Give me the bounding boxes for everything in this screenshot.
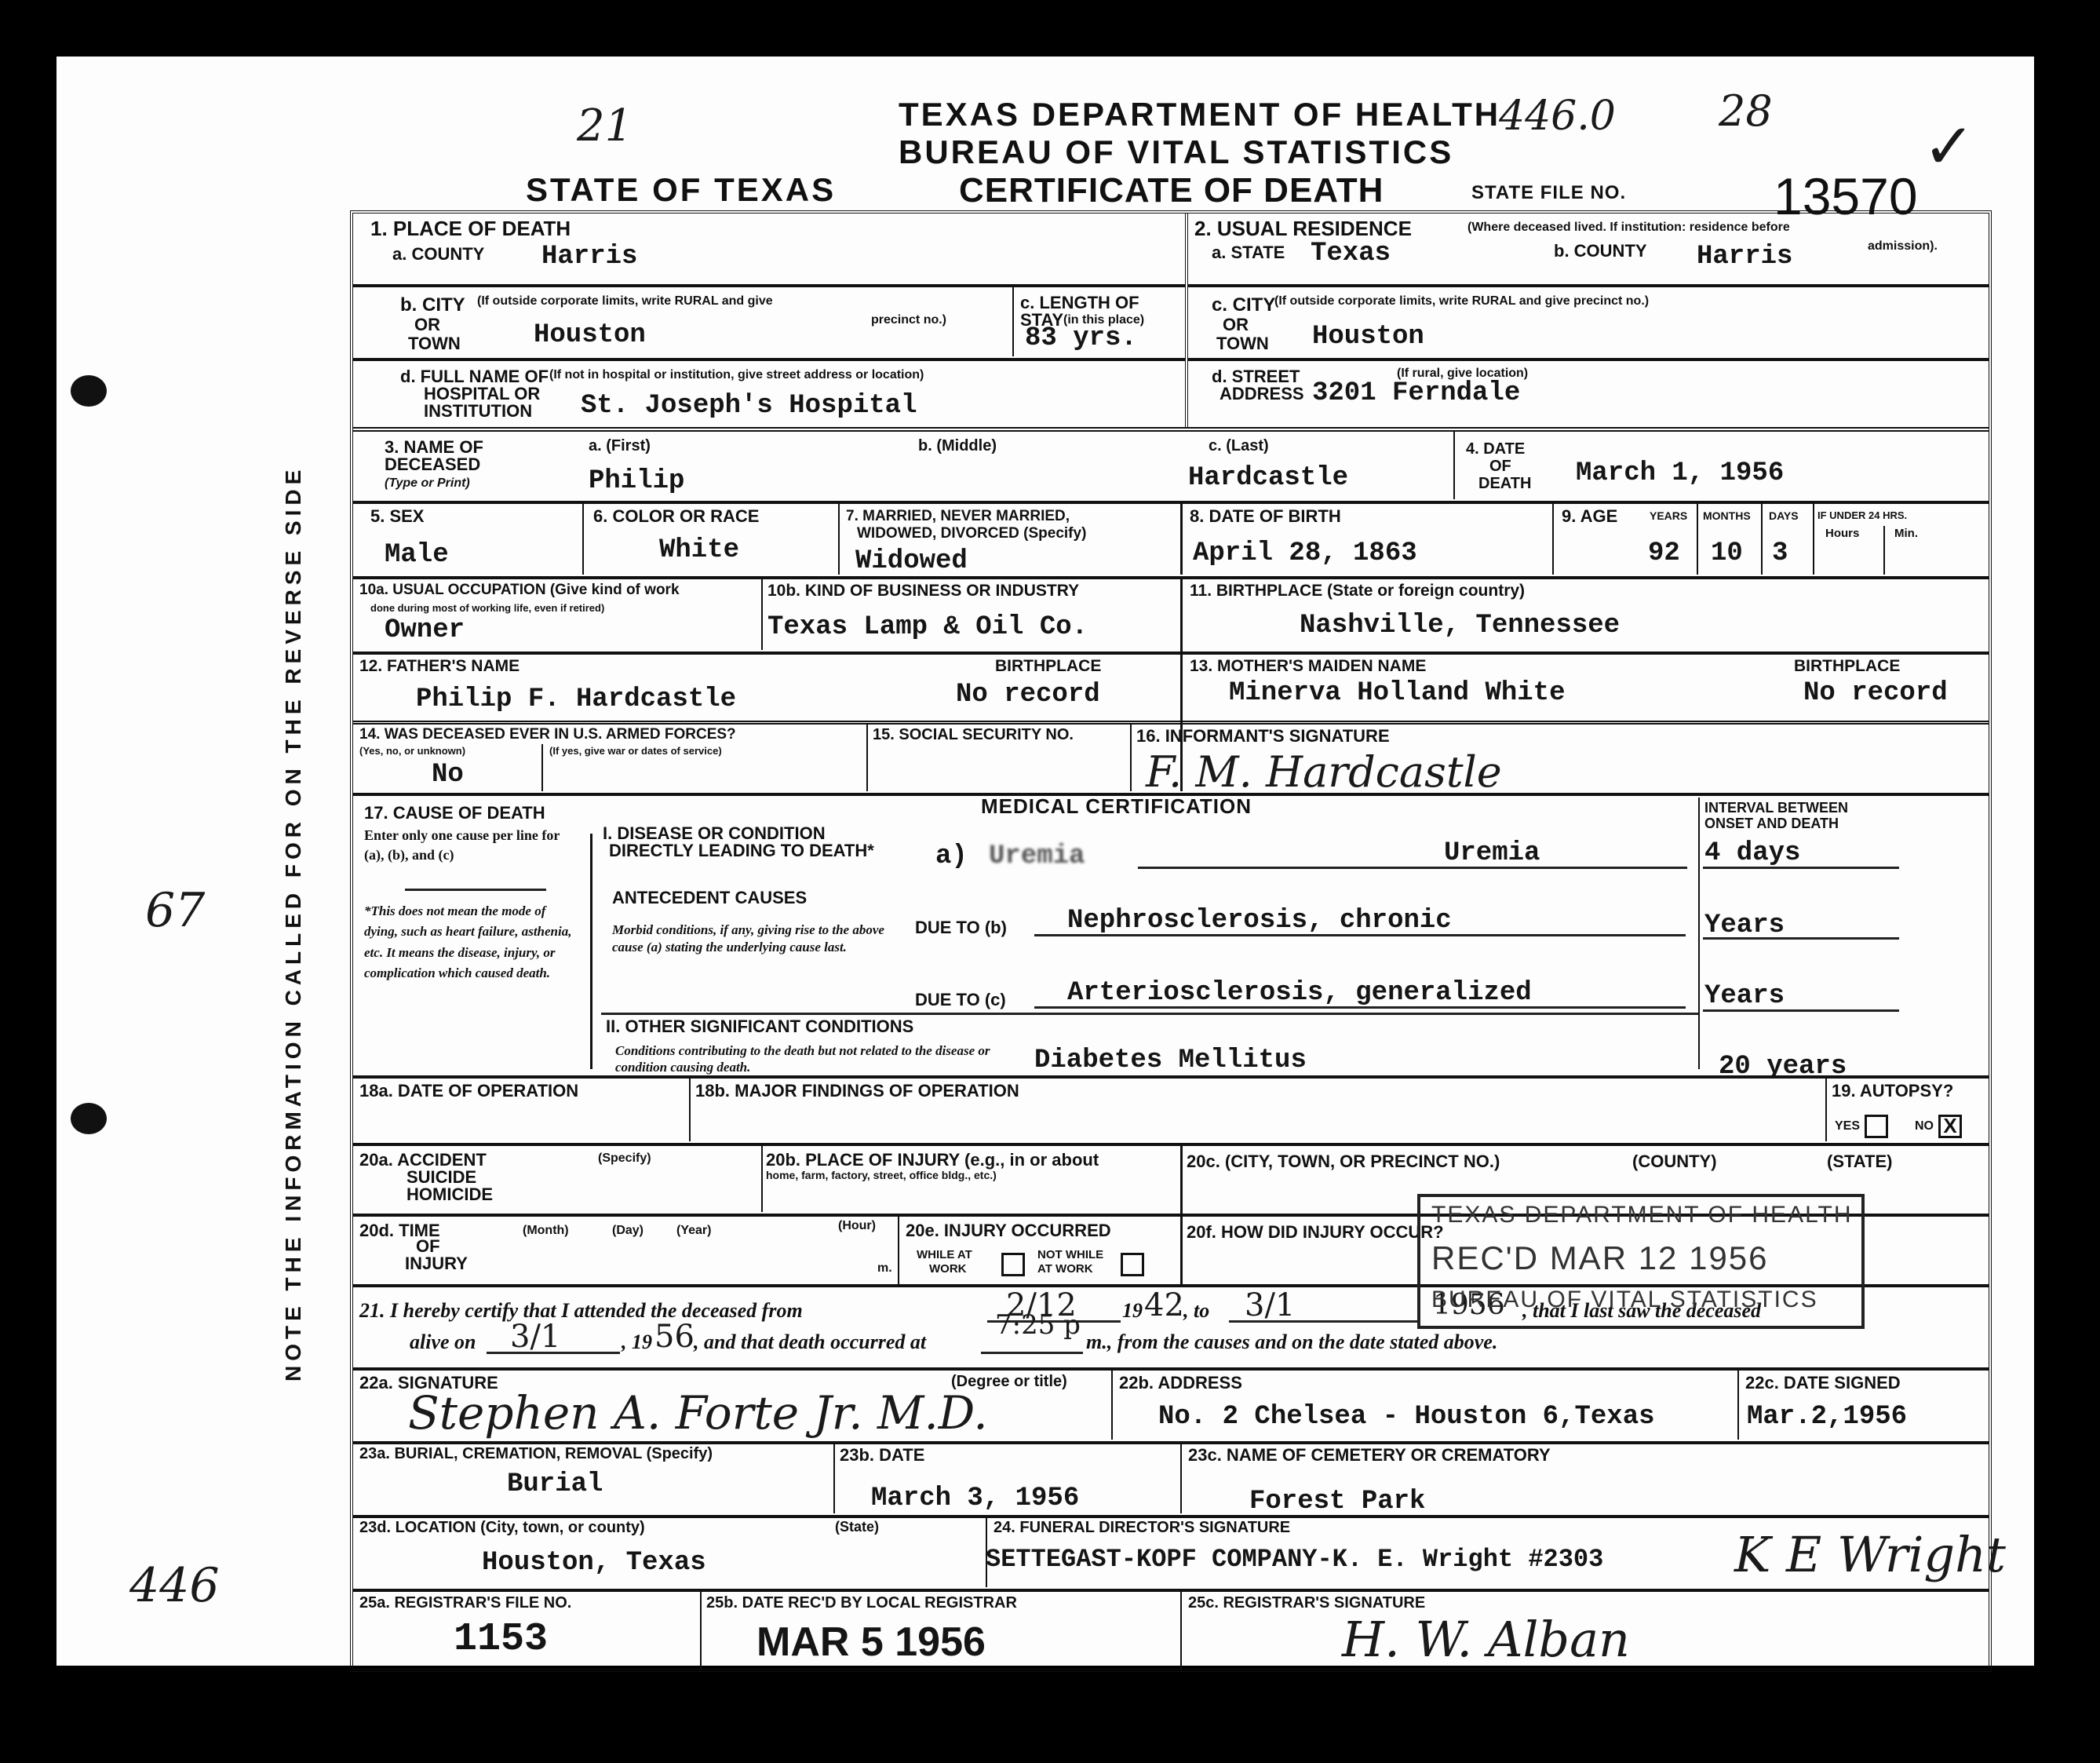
residence-state: Texas (1311, 239, 1391, 268)
date-signed-label: 22c. DATE SIGNED (1745, 1374, 1901, 1392)
injury-county-label: (COUNTY) (1632, 1152, 1717, 1170)
cause-a-struck: Uremia (989, 841, 1085, 871)
m-label: m. (877, 1262, 892, 1276)
cause-c: Arteriosclerosis, generalized (1067, 978, 1532, 1008)
armed-note-2: (If yes, give war or dates of service) (549, 746, 722, 757)
time-of-injury-label-3: INJURY (405, 1254, 468, 1272)
antecedent-label: ANTECEDENT CAUSES (612, 889, 807, 907)
county-label: a. COUNTY (392, 245, 484, 263)
last-name-label: c. (Last) (1209, 438, 1269, 454)
autopsy-no-label: NO (1915, 1119, 1934, 1133)
death-certificate-form: 1. PLACE OF DEATH a. COUNTY Harris b. CI… (350, 210, 1992, 1672)
informant-signature: F. M. Hardcastle (1146, 747, 1502, 797)
race-label: 6. COLOR OR RACE (593, 507, 759, 525)
race: White (659, 535, 739, 565)
injury-type-label-3: HOMICIDE (407, 1185, 493, 1203)
burial-date: March 3, 1956 (871, 1484, 1079, 1513)
state-heading: STATE OF TEXAS (526, 171, 836, 209)
cert-text-1: 21. I hereby certify that I attended the… (359, 1300, 803, 1321)
name-label-3: (Type or Print) (385, 477, 470, 491)
margin-note-446: 446 (129, 1558, 220, 1613)
business-label: 10b. KIND OF BUSINESS OR INDUSTRY (767, 582, 1079, 600)
autopsy-label: 19. AUTOPSY? (1832, 1082, 1953, 1100)
month-label: (Month) (523, 1225, 569, 1238)
injury-specify: (Specify) (598, 1152, 651, 1166)
city-town: TOWN (408, 334, 461, 352)
cause-label: 17. CAUSE OF DEATH (364, 804, 545, 822)
age-days-label: DAYS (1769, 510, 1799, 522)
cemetery: Forest Park (1249, 1487, 1425, 1517)
to-word: , to (1183, 1300, 1209, 1321)
attended-to: 3/1 (1245, 1287, 1295, 1323)
cause-a-prefix: a) (935, 841, 968, 871)
min-label: Min. (1894, 527, 1918, 540)
age-years: 92 (1648, 538, 1680, 568)
certificate-title: CERTIFICATE OF DEATH (959, 171, 1384, 210)
alive-on-date: 3/1 (510, 1319, 560, 1355)
hospital-note: (If not in hospital or institution, give… (549, 369, 924, 382)
margin-note-21: 21 (577, 100, 633, 151)
cause-a: Uremia (1444, 838, 1540, 868)
sex: Male (385, 540, 449, 570)
not-at-work-option[interactable]: NOT WHILEAT WORK (1037, 1248, 1103, 1276)
funeral-director-label: 24. FUNERAL DIRECTOR'S SIGNATURE (993, 1520, 1290, 1536)
address-label: 22b. ADDRESS (1119, 1374, 1242, 1392)
mother-name: Minerva Holland White (1229, 678, 1565, 708)
op-date-label: 18a. DATE OF OPERATION (359, 1082, 578, 1100)
burial-location: Houston, Texas (482, 1548, 706, 1578)
stamp-line-3: BUREAU OF VITAL STATISTICS (1431, 1287, 1818, 1313)
physician-address: No. 2 Chelsea - Houston 6,Texas (1158, 1402, 1655, 1432)
punch-hole (71, 375, 107, 407)
usual-residence-label: 2. USUAL RESIDENCE (1194, 218, 1412, 239)
hours-label: Hours (1825, 527, 1859, 540)
marital-status: Widowed (855, 546, 968, 576)
injury-location-label: 20c. (CITY, TOWN, OR PRECINCT NO.) (1187, 1152, 1500, 1170)
mother-label: 13. MOTHER'S MAIDEN NAME (1190, 658, 1426, 675)
injury-state-label: (STATE) (1827, 1152, 1893, 1170)
mother-birthplace-label: BIRTHPLACE (1794, 658, 1900, 675)
age-days: 3 (1772, 538, 1788, 568)
date-signed: Mar.2,1956 (1747, 1402, 1907, 1432)
time-of-death: 7:25 p (995, 1309, 1081, 1341)
part1-label: I. DISEASE OR CONDITION (603, 824, 826, 842)
bureau-name: BUREAU OF VITAL STATISTICS (899, 133, 1453, 171)
interval-b: Years (1704, 911, 1785, 940)
occupation: Owner (385, 615, 465, 645)
residence-county-label: b. COUNTY (1554, 242, 1647, 260)
not-at-work-checkbox[interactable] (1121, 1253, 1144, 1276)
street-label-2: ADDRESS (1220, 385, 1304, 403)
disposition-label: 23a. BURIAL, CREMATION, REMOVAL (Specify… (359, 1446, 713, 1462)
autopsy-yes-label: YES (1835, 1119, 1860, 1133)
hospital-label: d. FULL NAME OF (400, 367, 549, 385)
age-months-label: MONTHS (1703, 510, 1751, 522)
marital-label-2: WIDOWED, DIVORCED (Specify) (857, 526, 1086, 542)
due-to-b-label: DUE TO (b) (915, 918, 1007, 936)
alive-on-year: 56 (654, 1319, 695, 1355)
burial-date-label: 23b. DATE (840, 1446, 924, 1464)
due-to-c-label: DUE TO (c) (915, 991, 1006, 1009)
ssn-label: 15. SOCIAL SECURITY NO. (873, 727, 1074, 743)
last-name: Hardcastle (1188, 463, 1348, 493)
check-mark-icon: ✓ (1923, 110, 1975, 183)
place-of-injury-label: 20b. PLACE OF INJURY (e.g., in or about (766, 1151, 1099, 1169)
armed-forces-label: 14. WAS DECEASED EVER IN U.S. ARMED FORC… (359, 727, 736, 743)
residence-note: (Where deceased lived. If institution: r… (1467, 221, 1790, 235)
informant-label: 16. INFORMANT'S SIGNATURE (1136, 727, 1390, 745)
registrar-sig-label: 25c. REGISTRAR'S SIGNATURE (1188, 1595, 1425, 1612)
reverse-side-note: NOTE THE INFORMATION CALLED FOR ON THE R… (281, 465, 306, 1382)
attended-from-year: 42 (1144, 1287, 1184, 1323)
residence-city-note: (If outside corporate limits, write RURA… (1274, 295, 1649, 308)
mother-birthplace: No record (1803, 678, 1948, 708)
father-birthplace-label: BIRTHPLACE (995, 658, 1101, 675)
hospital-name: St. Joseph's Hospital (581, 391, 917, 421)
under-24-label: IF UNDER 24 HRS. (1817, 510, 1907, 521)
marital-label: 7. MARRIED, NEVER MARRIED, (846, 509, 1070, 524)
margin-note-code: 446.0 (1499, 93, 1616, 140)
year-label: (Year) (676, 1225, 711, 1238)
residence-note-2: admission). (1868, 240, 1938, 254)
residence-state-label: a. STATE (1212, 243, 1285, 261)
dob-label: 8. DATE OF BIRTH (1190, 507, 1341, 525)
local-registrar-date-label: 25b. DATE REC'D BY LOCAL REGISTRAR (706, 1595, 1017, 1612)
age-months: 10 (1711, 538, 1743, 568)
first-name-label: a. (First) (589, 438, 651, 454)
city-or: OR (414, 316, 440, 334)
punch-hole (71, 1103, 107, 1134)
date-of-death: March 1, 1956 (1576, 458, 1784, 488)
birthplace: Nashville, Tennessee (1300, 611, 1620, 641)
street-address: 3201 Ferndale (1312, 378, 1520, 408)
age-label: 9. AGE (1562, 507, 1617, 525)
residence-city-town: TOWN (1216, 334, 1269, 352)
funeral-director: SETTEGAST-KOPF COMPANY-K. E. Wright #230… (986, 1545, 1603, 1574)
city-note-2: precinct no.) (871, 314, 946, 327)
armed-forces: No (432, 760, 464, 790)
registrar-file-no: 1153 (454, 1617, 548, 1662)
margin-note-28: 28 (1719, 86, 1773, 136)
physician-signature: Stephen A. Forte Jr. M.D. (408, 1386, 988, 1440)
while-at-work-option[interactable]: WHILE ATWORK (917, 1248, 972, 1276)
registrar-signature: H. W. Alban (1342, 1611, 1630, 1668)
not-at-work-label: NOT WHILE (1037, 1248, 1103, 1262)
father-birthplace: No record (956, 680, 1100, 710)
father-name: Philip F. Hardcastle (416, 684, 736, 714)
dod-label: 4. DATE (1466, 441, 1525, 458)
autopsy-yes-checkbox[interactable] (1865, 1115, 1888, 1138)
sex-label: 5. SEX (370, 507, 424, 525)
cause-footnote: *This does not mean the mode of dying, s… (364, 901, 574, 984)
stamp-line-1: TEXAS DEPARTMENT OF HEALTH (1431, 1202, 1853, 1228)
location-state-label: (State) (835, 1520, 879, 1535)
medical-heading: MEDICAL CERTIFICATION (981, 796, 1252, 817)
interval-c: Years (1704, 981, 1785, 1011)
cause-b: Nephrosclerosis, chronic (1067, 906, 1452, 936)
cemetery-label: 23c. NAME OF CEMETERY OR CREMATORY (1188, 1446, 1551, 1464)
interval-label-2: ONSET AND DEATH (1704, 816, 1839, 831)
occupation-label-2: done during most of working life, even i… (370, 603, 604, 614)
age-years-label: YEARS (1650, 510, 1687, 522)
other-conditions: Diabetes Mellitus (1034, 1046, 1307, 1075)
margin-note-67: 67 (145, 883, 205, 938)
day-label: (Day) (612, 1225, 643, 1238)
location-label: 23d. LOCATION (City, town, or county) (359, 1520, 645, 1536)
time-of-injury-label-2: OF (416, 1237, 440, 1255)
first-name: Philip (589, 466, 684, 496)
city-label: b. CITY (400, 295, 465, 315)
autopsy-no-checkbox[interactable]: X (1938, 1115, 1962, 1138)
funeral-director-signature: K E Wright (1734, 1526, 2006, 1583)
injury-occurred-label: 20e. INJURY OCCURRED (906, 1221, 1111, 1239)
part2-label: II. OTHER SIGNIFICANT CONDITIONS (606, 1017, 913, 1035)
dod-label-3: DEATH (1478, 476, 1531, 492)
while-at-work-label: WHILE AT (917, 1248, 972, 1262)
name-label-2: DECEASED (385, 455, 480, 473)
hospital-label-3: INSTITUTION (424, 402, 532, 420)
cert-text-3: , and that death occurred at (694, 1331, 926, 1352)
part2-note: Conditions contributing to the death but… (615, 1042, 1023, 1076)
place-of-death-label: 1. PLACE OF DEATH (370, 218, 571, 239)
armed-note-1: (Yes, no, or unknown) (359, 746, 465, 757)
dod-label-2: OF (1489, 458, 1511, 475)
from-year-prefix: 19 (1122, 1300, 1143, 1321)
cert-text-4: m., from the causes and on the date stat… (1086, 1331, 1497, 1352)
place-of-injury-note: home, farm, factory, street, office bldg… (766, 1170, 997, 1181)
residence-city-or: OR (1223, 316, 1249, 334)
op-findings-label: 18b. MAJOR FINDINGS OF OPERATION (695, 1082, 1019, 1100)
injury-type-label: 20a. ACCIDENT (359, 1151, 487, 1169)
antecedent-note: Morbid conditions, if any, giving rise t… (612, 922, 902, 956)
length-of-stay: 83 yrs. (1025, 323, 1137, 353)
father-label: 12. FATHER'S NAME (359, 658, 520, 675)
business: Texas Lamp & Oil Co. (767, 612, 1088, 642)
city-note: (If outside corporate limits, write RURA… (477, 295, 773, 308)
alive-on-label: alive on (410, 1331, 476, 1352)
death-city: Houston (534, 320, 646, 350)
occupation-label: 10a. USUAL OCCUPATION (Give kind of work (359, 582, 680, 598)
residence-city-label: c. CITY (1212, 295, 1275, 315)
autopsy-no-option[interactable]: NOX (1915, 1115, 1962, 1138)
street-label: d. STREET (1212, 367, 1300, 385)
part1-label-2: DIRECTLY LEADING TO DEATH* (609, 841, 874, 860)
stay-label: c. LENGTH OF (1020, 294, 1139, 312)
received-stamp: TEXAS DEPARTMENT OF HEALTH REC'D MAR 12 … (1417, 1194, 1865, 1329)
residence-county: Harris (1697, 242, 1792, 272)
local-registrar-date: MAR 5 1956 (757, 1619, 986, 1666)
interval-a: 4 days (1704, 838, 1800, 868)
hospital-label-2: HOSPITAL OR (424, 385, 540, 403)
date-of-birth: April 28, 1863 (1193, 538, 1417, 568)
residence-city: Houston (1312, 322, 1424, 352)
agency-name: TEXAS DEPARTMENT OF HEALTH (899, 96, 1500, 133)
cause-instructions: Enter only one cause per line for (a), (… (364, 826, 576, 865)
hour-label: (Hour) (838, 1220, 876, 1233)
stamp-line-2: REC'D MAR 12 1956 (1431, 1239, 1769, 1277)
name-label: 3. NAME OF (385, 438, 483, 456)
not-at-work-label-2: AT WORK (1037, 1262, 1103, 1276)
death-county: Harris (541, 242, 637, 272)
state-file-label: STATE FILE NO. (1471, 182, 1626, 204)
alive-year-prefix: , 19 (622, 1331, 652, 1352)
interval-label: INTERVAL BETWEEN (1704, 801, 1848, 816)
birthplace-label: 11. BIRTHPLACE (State or foreign country… (1190, 582, 1525, 600)
while-at-work-checkbox[interactable] (1001, 1253, 1025, 1276)
middle-name-label: b. (Middle) (918, 438, 997, 454)
registrar-file-label: 25a. REGISTRAR'S FILE NO. (359, 1595, 571, 1612)
injury-type-label-2: SUICIDE (407, 1168, 476, 1186)
while-at-work-label-2: WORK (917, 1262, 972, 1276)
how-injury-label: 20f. HOW DID INJURY OCCUR? (1187, 1223, 1444, 1241)
autopsy-yes-option[interactable]: YES (1835, 1115, 1888, 1138)
disposition: Burial (507, 1469, 603, 1499)
